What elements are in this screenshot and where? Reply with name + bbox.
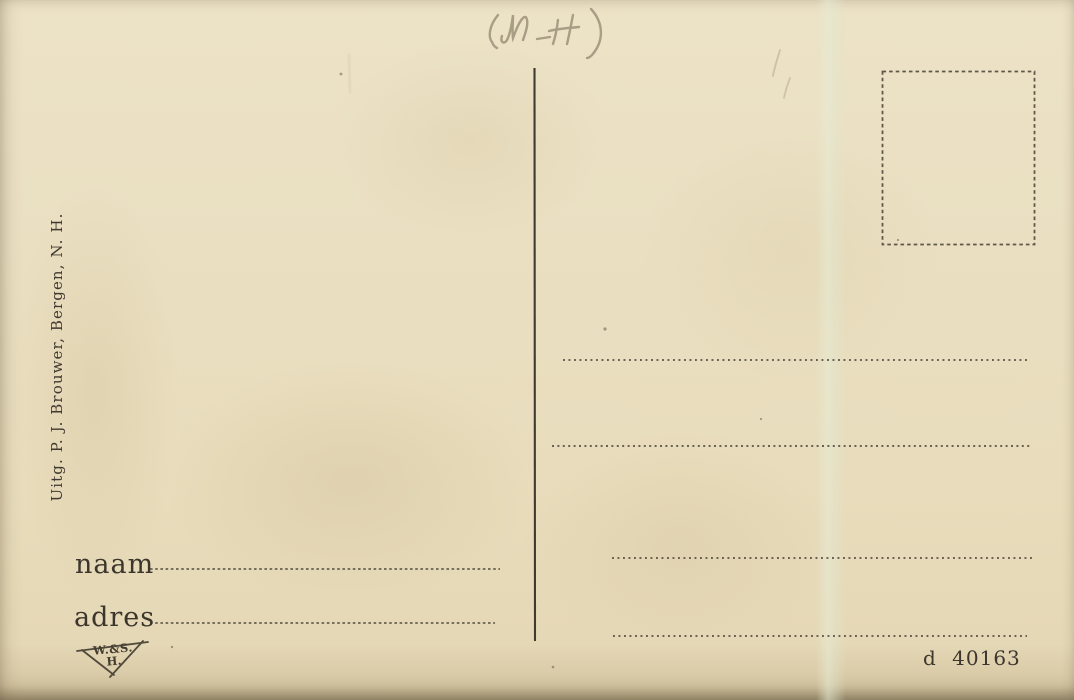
pencil-mark [784, 78, 790, 98]
name-label: naam [75, 551, 154, 578]
publisher-imprint: Uitg. P. J. Brouwer, Bergen, N. H. [48, 213, 66, 502]
handwriting-stroke [501, 15, 527, 43]
divider-line [535, 68, 536, 641]
handwriting-stroke [567, 15, 573, 44]
handwriting-stroke [490, 15, 498, 48]
handwriting-stroke [587, 9, 601, 58]
serial-number: d 40163 [923, 646, 1021, 670]
address-dotted-lines [552, 360, 1032, 636]
pencil-mark [349, 55, 350, 92]
handwritten-note [490, 9, 601, 58]
handwriting-stroke [549, 27, 579, 31]
postcard-back: Uitg. P. J. Brouwer, Bergen, N. H. naam … [0, 0, 1074, 700]
stamp-box [883, 72, 1035, 245]
printed-layout-layer [0, 0, 1074, 700]
pencil-stray-marks [349, 50, 790, 98]
address-label: adres [74, 604, 155, 631]
handwriting-stroke [553, 20, 558, 44]
handwriting-stroke [537, 37, 550, 39]
pencil-mark [773, 50, 780, 76]
